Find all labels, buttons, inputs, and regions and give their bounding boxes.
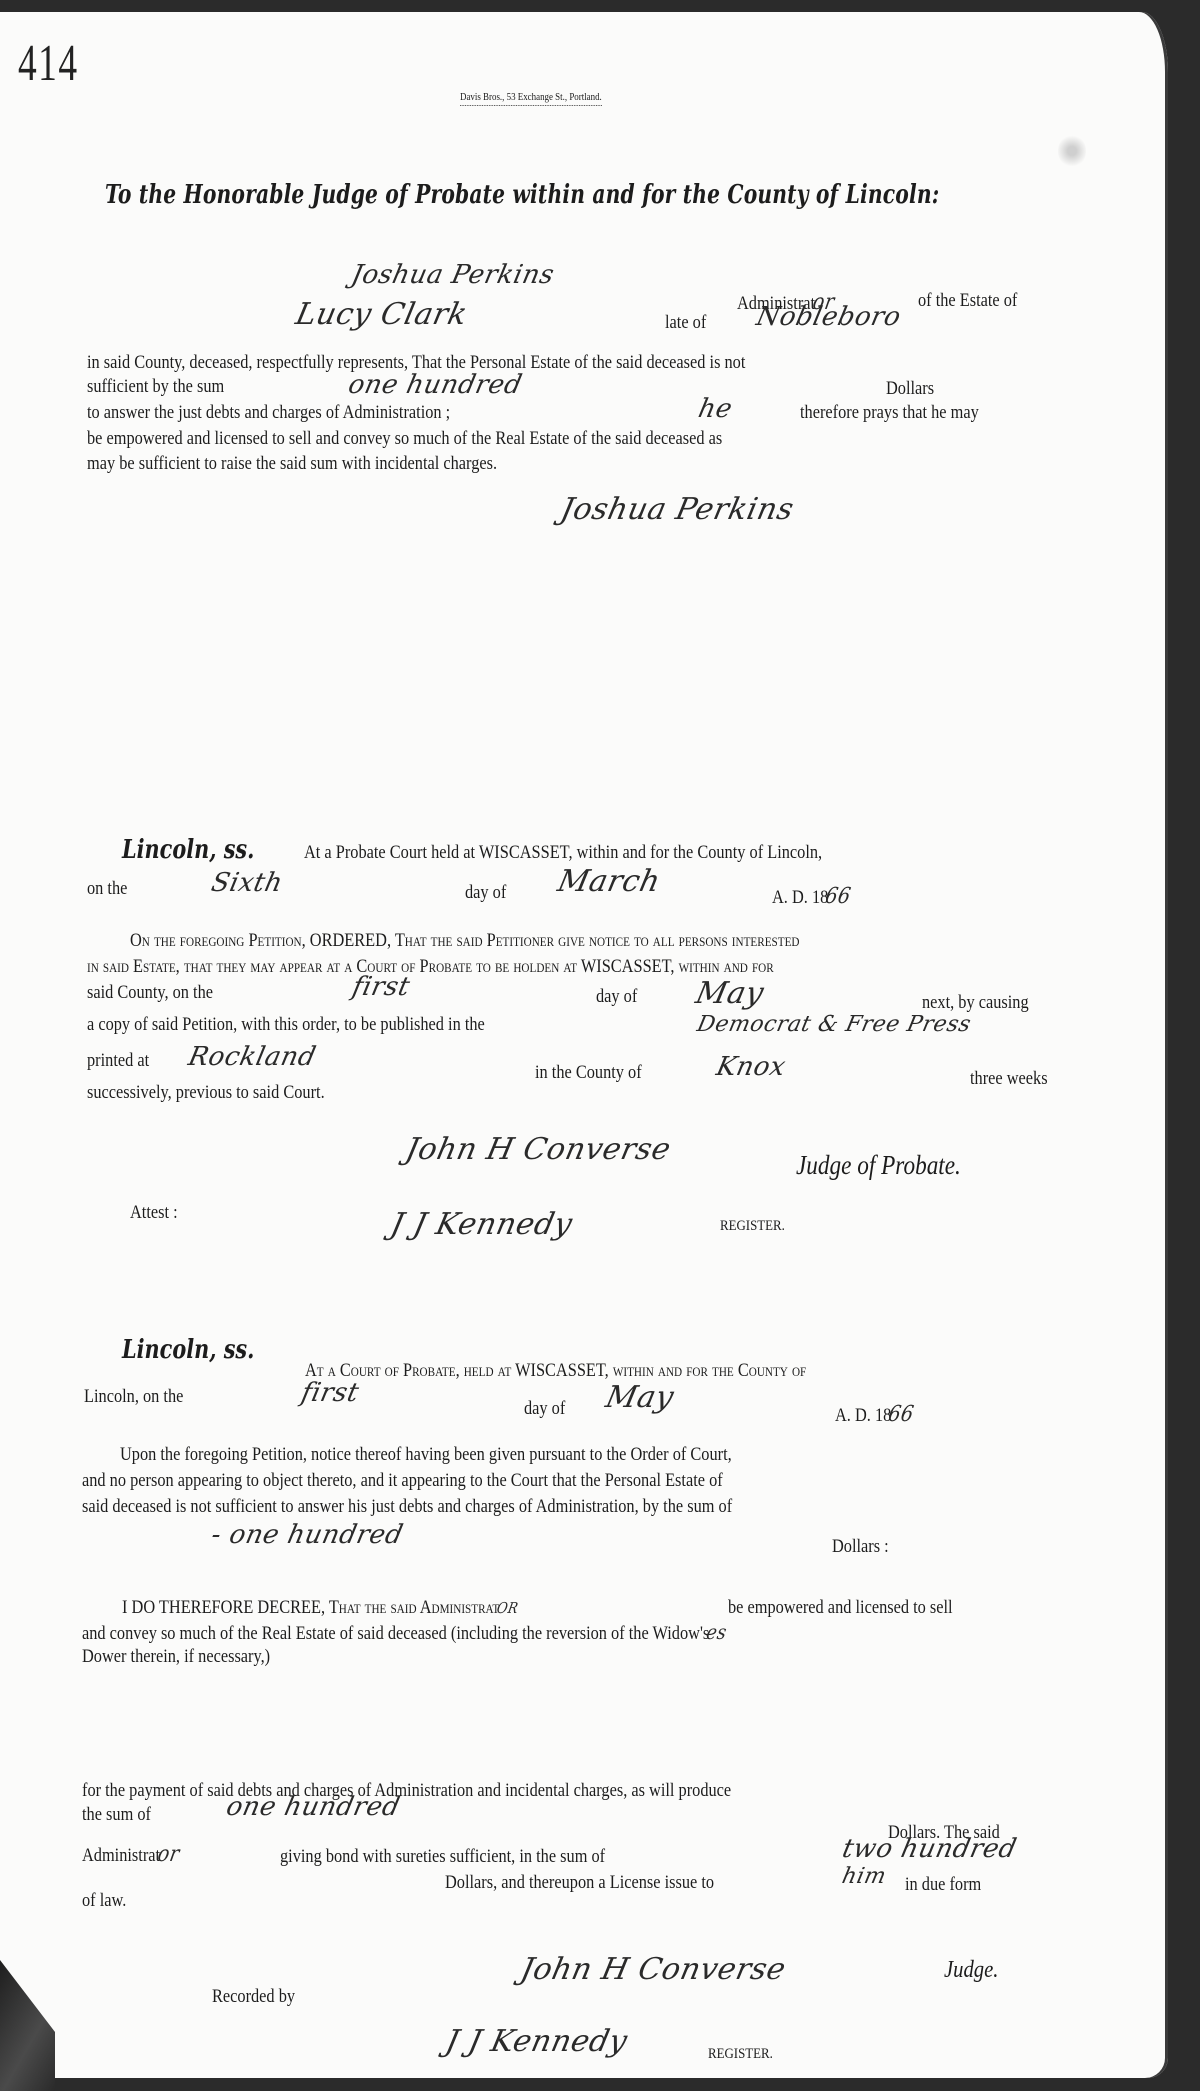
order-month-handwritten: March — [555, 864, 664, 899]
printer-imprint: Davis Bros., 53 Exchange St., Portland. — [460, 92, 602, 106]
order-day-of: day of — [465, 882, 506, 904]
hearing-day-handwritten: first — [350, 972, 413, 1002]
petition-line-5-end: therefore prays that he may — [800, 402, 979, 424]
hearing-day-of: day of — [596, 986, 637, 1008]
decree-register-title: REGISTER. — [708, 2046, 773, 2063]
document-page: 414 Davis Bros., 53 Exchange St., Portla… — [0, 12, 1168, 2078]
page-number: 414 — [18, 34, 78, 93]
order-day-handwritten: Sixth — [209, 868, 286, 898]
order-paragraph-6: successively, previous to said Court. — [87, 1082, 325, 1104]
decree-judge-signature: John H Converse — [518, 1952, 789, 1987]
order-county-of: in the County of — [535, 1062, 642, 1084]
decree-admin-suffix-handwritten: or — [495, 1594, 521, 1619]
order-paragraph-1: On the foregoing Petition, ORDERED, That… — [130, 930, 799, 952]
petition-line-7: may be sufficient to raise the said sum … — [87, 453, 497, 475]
town-handwritten: Nobleboro — [754, 302, 904, 332]
petition-line-6: be empowered and licensed to sell and co… — [87, 428, 722, 450]
decree-of-law: of law. — [82, 1890, 126, 1912]
administrator-name-handwritten: Joshua Perkins — [349, 260, 557, 290]
decree-year: A. D. 1866 — [835, 1402, 916, 1427]
order-year: A. D. 1866 — [772, 884, 853, 909]
order-line-1: At a Probate Court held at WISCASSET, wi… — [304, 842, 822, 864]
decree-register-signature: J J Kennedy — [443, 2024, 631, 2059]
decree-line-2: Lincoln, on the — [84, 1386, 183, 1408]
deceased-name-handwritten: Lucy Clark — [293, 297, 471, 332]
decree-paragraph-3: said deceased is not sufficient to answe… — [82, 1496, 732, 1518]
decree-paragraph-1: Upon the foregoing Petition, notice ther… — [120, 1444, 732, 1466]
county-handwritten: Knox — [714, 1052, 789, 1082]
decree-due-form: in due form — [905, 1874, 981, 1896]
decree-clause-2: and convey so much of the Real Estate of… — [82, 1620, 729, 1645]
order-register-title: REGISTER. — [720, 1218, 785, 1235]
petition-heading: To the Honorable Judge of Probate within… — [105, 180, 939, 210]
widow-suffix-handwritten: es — [705, 1620, 729, 1644]
decree-payment-line-2: the sum of — [82, 1804, 151, 1826]
dollars-label: Dollars — [886, 378, 934, 400]
decree-clause-1-end: be empowered and licensed to sell — [728, 1597, 953, 1619]
newspaper-handwritten: Democrat & Free Press — [695, 1012, 974, 1037]
order-three-weeks: three weeks — [970, 1068, 1048, 1090]
order-paragraph-2: in said Estate, that they may appear at … — [87, 956, 774, 978]
petitioner-signature: Joshua Perkins — [558, 492, 797, 527]
petition-line-4: sufficient by the sum — [87, 376, 224, 398]
hearing-month-handwritten: May — [693, 976, 768, 1011]
order-register-signature: J J Kennedy — [388, 1207, 576, 1242]
decree-line-1: At a Court of Probate, held at WISCASSET… — [305, 1360, 806, 1382]
decree-bond-text: giving bond with sureties sufficient, in… — [280, 1846, 605, 1868]
order-venue: Lincoln, ss. — [122, 835, 254, 865]
order-judge-signature: John H Converse — [403, 1132, 674, 1167]
decree-clause-2-text: and convey so much of the Real Estate of… — [82, 1623, 709, 1644]
decree-day-handwritten: first — [299, 1378, 362, 1408]
of-estate-label: of the Estate of — [918, 290, 1017, 312]
pronoun-handwritten: he — [696, 394, 736, 424]
decree-day-of: day of — [524, 1398, 565, 1420]
sum-handwritten: one hundred — [346, 370, 525, 400]
order-paragraph-3-end: next, by causing — [922, 992, 1029, 1014]
late-of-label: late of — [665, 312, 706, 334]
decree-judge-title: Judge. — [944, 1957, 998, 1984]
decree-paragraph-2: and no person appearing to object theret… — [82, 1470, 723, 1492]
recorded-by-label: Recorded by — [212, 1986, 295, 2008]
printed-at-handwritten: Rockland — [186, 1042, 319, 1072]
bond-sum-handwritten: two hundred — [840, 1834, 1020, 1864]
decree-bond-admin-text: Administrat — [82, 1845, 160, 1866]
decree-venue: Lincoln, ss. — [122, 1335, 254, 1365]
license-to-handwritten: him — [840, 1864, 889, 1889]
year-prefix: A. D. 18 — [772, 887, 828, 908]
decree-year-prefix: A. D. 18 — [835, 1405, 891, 1426]
decree-admin-suffix2-handwritten: or — [156, 1842, 182, 1867]
decree-bond-line: Administrator — [82, 1842, 181, 1867]
decree-payment-line-1: for the payment of said debts and charge… — [82, 1780, 731, 1802]
order-paragraph-4: a copy of said Petition, with this order… — [87, 1014, 485, 1036]
order-on-the: on the — [87, 878, 127, 900]
produce-sum-handwritten: one hundred — [224, 1792, 403, 1822]
order-printed-at: printed at — [87, 1050, 149, 1072]
decree-month-handwritten: May — [603, 1380, 678, 1415]
decree-license-line: Dollars, and thereupon a License issue t… — [445, 1872, 714, 1894]
order-attest-label: Attest : — [130, 1202, 178, 1224]
decree-clause-1: I DO THEREFORE DECREE, That the said Adm… — [122, 1594, 520, 1619]
year-suffix-handwritten: 66 — [824, 884, 854, 909]
order-paragraph-3: said County, on the — [87, 982, 213, 1004]
decree-year-suffix-handwritten: 66 — [887, 1402, 917, 1427]
decree-sum-handwritten: - one hundred — [209, 1520, 406, 1550]
decree-clause-3: Dower therein, if necessary,) — [82, 1646, 270, 1668]
decree-clause-1-text: I DO THEREFORE DECREE, That the said Adm… — [122, 1597, 499, 1618]
decree-dollars: Dollars : — [832, 1536, 889, 1558]
ink-smudge — [1058, 134, 1086, 168]
petition-line-5: to answer the just debts and charges of … — [87, 402, 450, 424]
order-judge-title: Judge of Probate. — [796, 1150, 961, 1181]
